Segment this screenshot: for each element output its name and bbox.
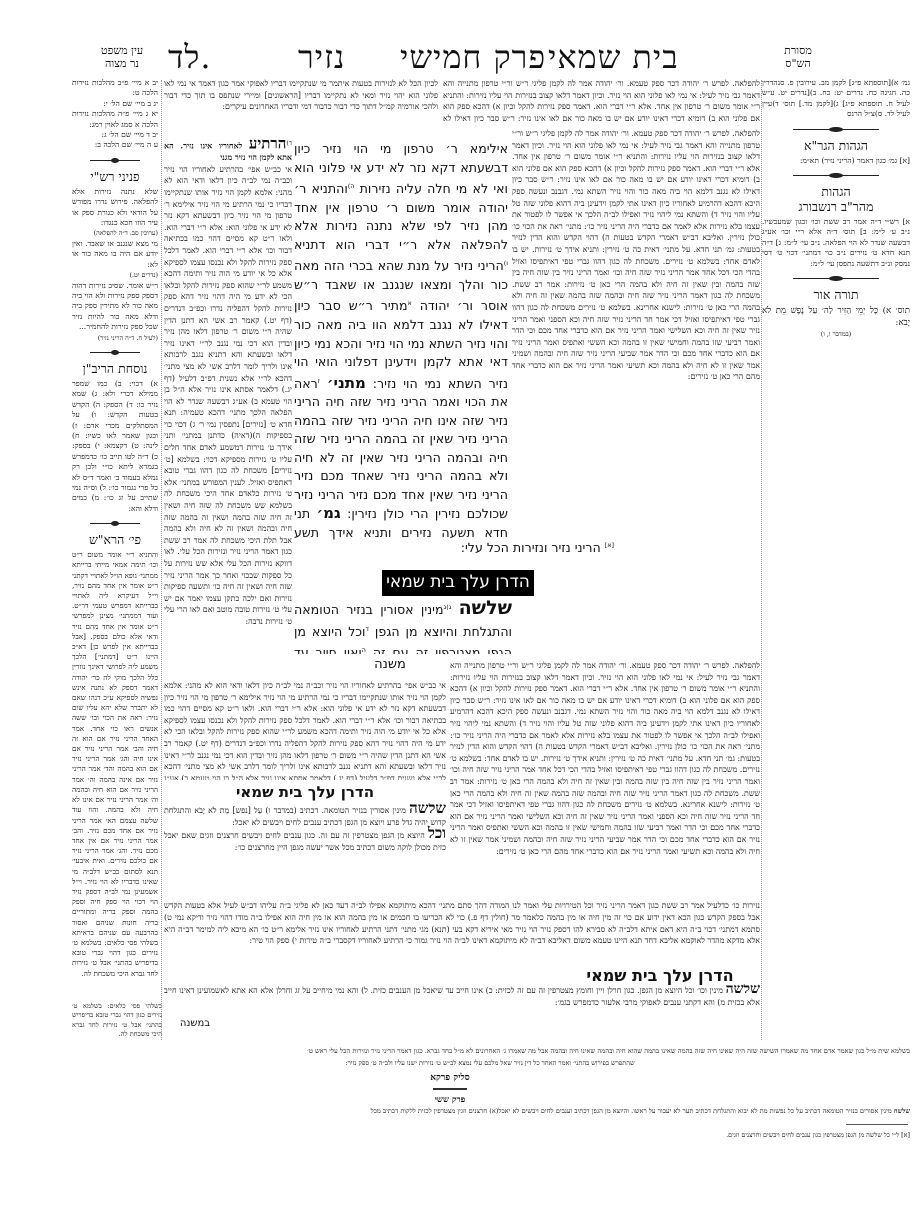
tosafot-body-text: אי כב״ש אפי׳ בהרתיע לאחוריו הוי נזיר וכב… [164,165,292,626]
next-chapter-title: פרק ששי [400,1094,500,1105]
tosafot-heading-ref: ד) [286,139,292,147]
ein-mishpat-label: עין משפט נר מצוה [92,44,152,70]
tosafot-ch6-opening-word-2: וכל [428,824,446,842]
next-chapter-body: מינין אסורים בנזיר הטומאה דכתיב על כל נפ… [371,1107,892,1115]
gemara-ref-marker: ו) [504,259,508,267]
mishna-marker-word: מתני׳ [327,374,366,392]
ein-mishpat-entry: יב א מיי׳ פ״ב מהלכות נזירות הלכה ט: [72,78,158,99]
rashi-body-text: להפלאה. לפרש ר׳ יהודה דכר ספק טעמא. ור׳ … [512,129,760,381]
pi-harosh-text: והתניא ר״י אומר משום ר״ט וכו׳ תימה אמאי … [72,550,158,979]
tosafot-ch6-text-2: היוצא מן הגפן מצטרפין זה עם זה. כגון ענב… [164,831,446,852]
footer-line-2: שהתפרש בפירוש בהתני׳ ואמר האחד כל דין נז… [200,1058,780,1070]
bottom-mishna-label: במשנה [165,1018,225,1029]
hadran-banner: הדרן עלך בית שמאי [382,570,534,596]
gemara-marker-word: גמ׳ [317,504,341,522]
masoret-hashas-label: מסורת הש"ס [773,44,823,70]
ornament-divider [90,348,140,357]
mishna-label: משנה [340,657,440,672]
tosafot-hadran: הדרן עלך בית שמאי [164,783,446,801]
chapter6-mishna: שלשה ג)גמינין אסורין בנזיר הטומאה והתגלח… [294,598,512,654]
next-chapter-text: שלשה מינין אסורים בנזיר הטומאה דכתיב על … [72,1106,910,1118]
ein-mishpat-entries: יב א מיי׳ פ״ב מהלכות נזירות הלכה ט: יג ב… [72,78,158,151]
bottom-hadran: הדרן עלך בית שמאי [560,966,760,985]
right-margin-column: גמ׳ א)[תוספתא פ״ג] לקמן מב. עירובין פ. ס… [762,78,910,618]
penini-rashi-source-2: (נדרים יט.) [72,270,158,280]
pi-harosh-tail-text: בשלהי פסי כלאים: בשלמא ט׳ נזירים כגון דה… [72,1002,162,1038]
penini-rashi-text-2: מי מצא שנגנב או שאבד. ואין יודע אם היה ב… [72,239,158,270]
mishna-opening-word: שלשה [459,598,512,619]
penini-rashi-text-1: שלא נתנה נזירות אלא להפלאה. פירוש נדרו מ… [72,187,158,229]
nusach-harivan-title: נוסחת הריב"ן [72,361,158,376]
mishna-ref-marker: ה [362,646,366,654]
ein-mishpat-label-line2: נר מצוה [92,57,152,70]
ein-mishpat-entry: יב ד מיי׳ שם הל׳ ג: [72,130,158,140]
penini-rashi-source-1: (ערוכין סב. ד״ה להפלאה) [72,228,158,238]
ornament-divider [793,274,879,283]
chapter-end-divider [433,1088,467,1090]
torah-or-text: תוס׳ א) כָּל יְמֵי הַזִּיר לַה׳ עַל נֶפֶ… [762,305,910,329]
torah-or-title: תורה אור [762,287,910,302]
left-gutter [161,80,162,1040]
mishna-text: ראה את הכוי ואמר הריני נזיר שזה חיה הרינ… [294,376,508,522]
hagahot-maharab-title-2: מהר"ב רנשבורג [762,199,910,214]
gemara-ref-marker: ז [318,377,320,385]
tosafot-top-band: לכיון הכל לא לנזירות בטעות איתמר מי שנתק… [164,78,438,136]
hagahot-hagra-text: [א] גמ׳ כגון דאמר (הריני נזיר) תא״מ: [762,156,910,166]
gemara-main-text: אילימא ר׳ טרפון מי הוי נזיר כיון דבשעתא … [294,140,508,540]
ein-mishpat-label-line1: עין משפט [92,44,152,57]
tractate-name: נזיר [298,38,345,76]
folio-number: לד. [168,38,212,76]
footnote: [א] ל״י כל שלשה מן הגפן מצטרפין כגון ענב… [560,1130,910,1142]
ornament-divider [793,171,879,180]
ein-mishpat-entry: ע ה מיי׳ שם הלכה ב: [72,140,158,150]
tosafot-lower-text: אי כב״ש אפי׳ בהרתיע לאחוריו הוי נזיר וכב… [164,681,446,780]
tosafot-ch6-opening-word: שלשה [409,803,446,817]
chapter-name: בית שמאי [548,38,679,76]
left-margin-column: יב א מיי׳ פ״ב מהלכות נזירות הלכה ט: יג ב… [72,78,158,1008]
rashi-lower-text: להפלאה. לפרש ר׳ יהודה דכר ספק טעמא. ור׳ … [450,661,760,856]
mishna-ref-marker: ד [365,625,369,633]
bottom-shelosha-text: מינין וכו׳ וכל היוצא מן הגפן. כגון חרלן … [164,986,760,1007]
ornament-divider [793,125,879,134]
right-gutter [761,80,762,1040]
penini-rashi-title: פניני רש"י [72,169,158,184]
penini-rashi-text-3: ר״ש אומר. שסיב נזירות דהוה דספק ספק נזיר… [72,281,158,333]
bottom-opening-word: שלשה [726,984,760,997]
chapter-end-label: סליק פרקא [400,1072,500,1083]
gemara-ref-marker: ה) [348,182,355,190]
bottom-commentary-text: נזירות כו׳ כדלעיל אמר רב ששת כגון דאמר ה… [164,901,760,945]
mishna-ref-marker: ג)ג [444,603,452,611]
bottom-shelosha-block: שלשה מינין וכו׳ וכל היוצא מן הגפן. כגון … [164,984,760,1014]
tosafot-chapter6-block: שלשה מינין אסורין בנזיר הטומאה. דכתיב (ב… [164,803,446,895]
nusach-harivan-text: א) דכוי: ב) כמו שמפר ממילא דכרי ולא: ג) … [72,379,158,514]
hagahot-maharab-title-1: הגהות [762,184,910,199]
chapter-number: פרק חמישי [400,38,546,76]
masoret-hashas-label-line1: מסורת [773,44,823,57]
masoret-hashas-text: גמ׳ א)[תוספתא פ״ג] לקמן מב. עירובין פ. ס… [762,78,910,120]
tosafot-heading-word: הרתיע [249,138,287,153]
ein-mishpat-entry: יא ג מיי׳ פ״ה מהלכות נזירות הלכה א סמג ל… [72,109,158,130]
pi-harosh-title: פי׳ הרא"ש [72,532,158,547]
gemara-ref-marker: א [408,299,412,307]
ornament-divider [90,519,140,528]
ein-mishpat-entry: יג ב מיי׳ שם הל׳ י: [72,99,158,109]
torah-or-source: (במדבר ו, ו) [762,329,910,339]
footer-line-1: בשלמא שית מ״ל כגון שאמר אדם אחד מה שאמרו… [72,1046,910,1058]
next-chapter-opening-word: שלשה [894,1107,910,1115]
tosafot-heading: ד)הרתיע לאחוריו אינו נזיר. הא אתא לקמן ה… [164,138,292,164]
penini-rashi-source-3: (לעיל ח. ד״ה הריני נזיר) [72,333,158,343]
hagahot-hagra-title: הגהות הגר"א [762,138,910,153]
masoret-hashas-label-line2: הש"ס [773,57,823,70]
tosafot-intro-text: לכיון הכל לא לנזירות בטעות איתמר מי שנתק… [164,79,438,111]
tosafot-lower-block: אי כב״ש אפי׳ בהרתיע לאחוריו הוי נזיר וכב… [164,680,446,780]
pi-harosh-tail: בשלהי פסי כלאים: בשלמא ט׳ נזירים כגון דה… [72,1002,162,1042]
hagahot-maharab-text: א] רש״י ד״ה אמר רב ששת וכו׳ וכגון שמעכשי… [762,217,910,269]
footnote-separator [846,1124,908,1125]
rashi-top-text: להפלאה. לפרש ר׳ יהודה דכר ספק טעמא. ור׳ … [443,79,760,126]
tosafot-ch6-text: מינין אסורין בנזיר הטומאה. דכתיב (במדבר … [164,806,446,827]
rashi-lower-block: להפלאה. לפרש ר׳ יהודה דכר ספק טעמא. ור׳ … [450,660,760,900]
rashi-top-band: להפלאה. לפרש ר׳ יהודה דכר ספק טעמא. ור׳ … [443,78,760,126]
ornament-divider [90,156,140,165]
